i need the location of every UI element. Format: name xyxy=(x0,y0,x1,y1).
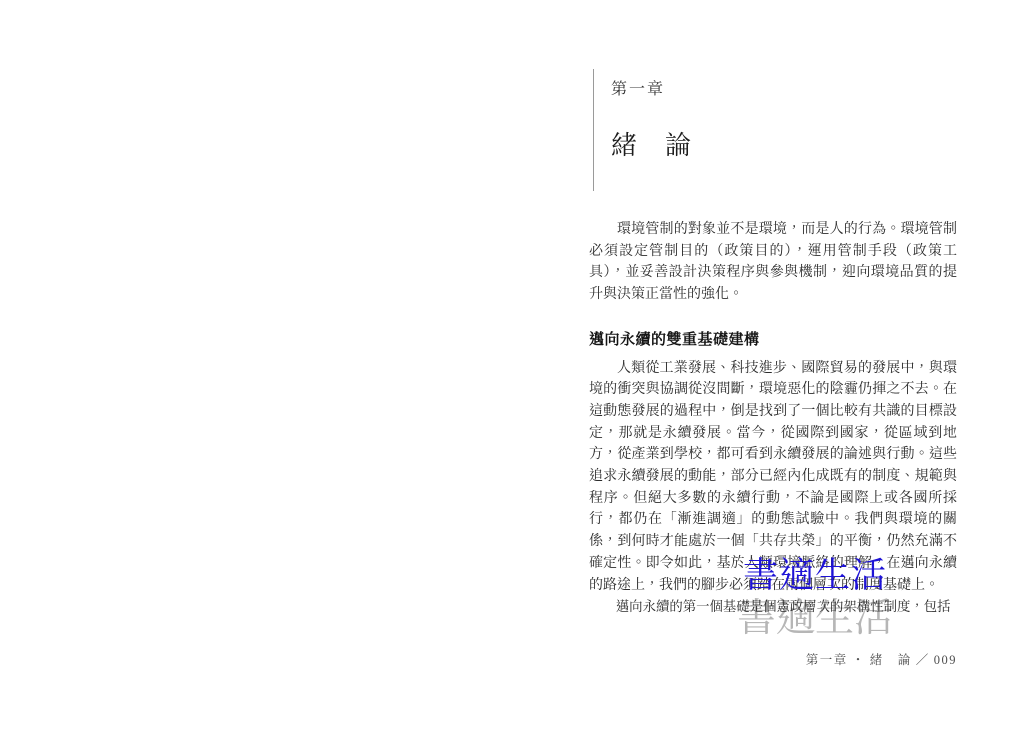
body-text-column: 環境管制的對象並不是環境，而是人的行為。環境管制必須設定管制目的（政策目的），運… xyxy=(589,219,957,618)
section-paragraph: 人類從工業發展、科技進步、國際貿易的發展中，與環境的衝突與協調從沒間斷，環境惡化… xyxy=(589,358,957,597)
footer-separator-dot: ・ xyxy=(852,653,866,667)
footer-section-label: 緒 論 xyxy=(870,653,912,667)
chapter-number: 第一章 xyxy=(611,76,692,99)
page-footer: 第一章・緒 論／009 xyxy=(806,650,957,668)
footer-divider-slash: ／ xyxy=(916,653,930,667)
chapter-title: 緒 論 xyxy=(611,125,692,162)
footer-page-number: 009 xyxy=(934,653,957,667)
intro-paragraph: 環境管制的對象並不是環境，而是人的行為。環境管制必須設定管制目的（政策目的），運… xyxy=(589,219,957,306)
chapter-block: 第一章 緒 論 xyxy=(611,76,692,162)
continuation-paragraph: 邁向永續的第一個基礎是個憲政層次的架構性制度，包括 xyxy=(589,596,957,618)
book-page: 第一章 緒 論 環境管制的對象並不是環境，而是人的行為。環境管制必須設定管制目的… xyxy=(0,0,1025,733)
footer-chapter-label: 第一章 xyxy=(806,653,848,667)
chapter-vertical-rule xyxy=(593,69,594,191)
section-heading: 邁向永續的雙重基礎建構 xyxy=(589,329,957,351)
